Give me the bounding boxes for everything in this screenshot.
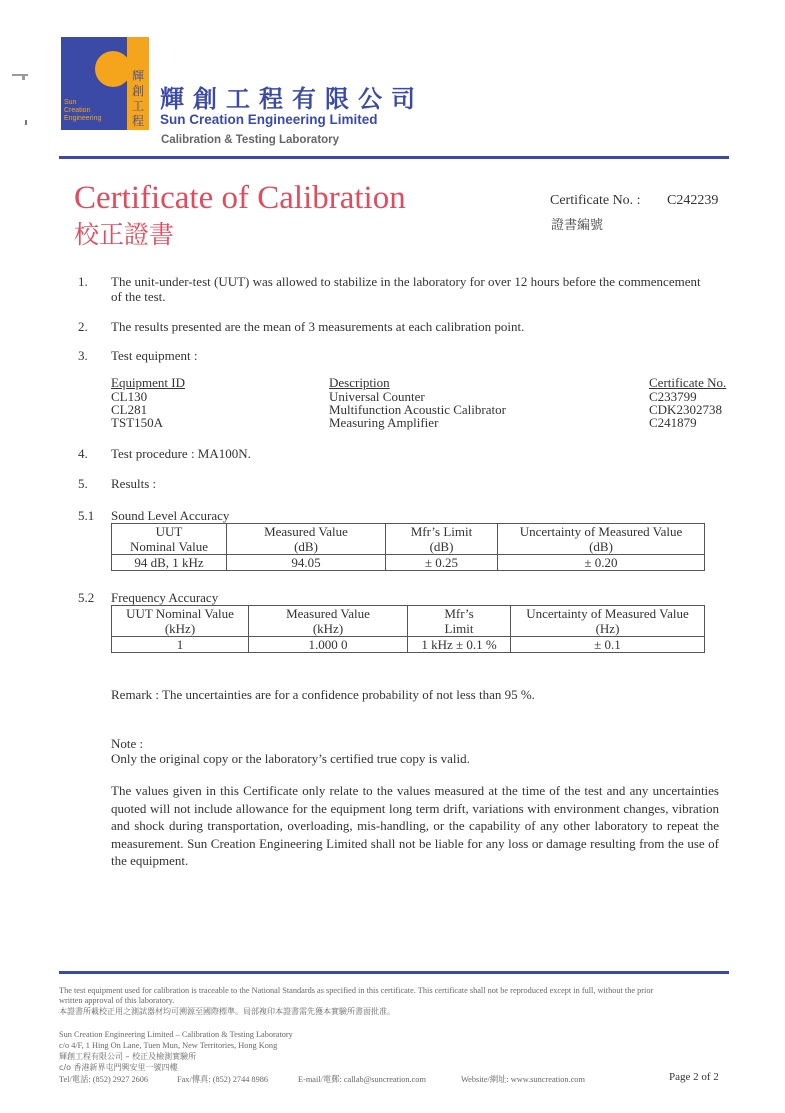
table-header-cell: Mfr’sLimit bbox=[408, 606, 511, 637]
table-header-row: UUTNominal Value Measured Value(dB) Mfr’… bbox=[112, 524, 705, 555]
tel: Tel/電話: (852) 2927 2606 bbox=[59, 1074, 148, 1085]
item-number: 2. bbox=[78, 319, 88, 335]
disclaimer: The values given in this Certificate onl… bbox=[111, 782, 719, 870]
certificate-no: C242239 bbox=[667, 193, 718, 209]
item-number: 4. bbox=[78, 446, 88, 462]
table-header-cell: Measured Value(dB) bbox=[227, 524, 386, 555]
scan-mark bbox=[22, 76, 25, 80]
note-text: Only the original copy or the laboratory… bbox=[111, 751, 470, 766]
company-name-zh: 輝創工程有限公司 bbox=[160, 79, 424, 114]
table-header-cell: Uncertainty of Measured Value(Hz) bbox=[511, 606, 705, 637]
frequency-table: UUT Nominal Value(kHz) Measured Value(kH… bbox=[111, 605, 705, 653]
note-label: Note : bbox=[111, 736, 143, 751]
table-cell: ± 0.1 bbox=[511, 637, 705, 653]
description-header: Description bbox=[329, 375, 506, 390]
table-cell: 94 dB, 1 kHz bbox=[112, 555, 227, 571]
logo-char: 工 bbox=[129, 99, 147, 114]
table-header-row: UUT Nominal Value(kHz) Measured Value(kH… bbox=[112, 606, 705, 637]
certificate-title-en: Certificate of Calibration bbox=[74, 180, 406, 217]
item-line: The unit-under-test (UUT) was allowed to… bbox=[111, 274, 731, 289]
item-text: Test equipment : bbox=[111, 348, 197, 363]
logo-chinese-text: 輝 創 工 程 bbox=[129, 69, 147, 129]
header-divider bbox=[59, 156, 729, 159]
traceability-text: written approval of this laboratory. bbox=[59, 995, 174, 1006]
logo-char: 輝 bbox=[129, 69, 147, 84]
certificate-no-label-zh: 證書編號 bbox=[551, 214, 603, 233]
equipment-id: TST150A bbox=[111, 416, 185, 429]
lab-name: Calibration & Testing Laboratory bbox=[161, 134, 339, 146]
company-name-en: Sun Creation Engineering Limited bbox=[160, 112, 378, 127]
footer-divider bbox=[59, 971, 729, 974]
address-block: Sun Creation Engineering Limited – Calib… bbox=[59, 1029, 293, 1073]
logo-char: 創 bbox=[129, 84, 147, 99]
equipment-cert-column: Certificate No. C233799 CDK2302738 C2418… bbox=[649, 375, 726, 429]
address-line: c/o 4/F, 1 Hing On Lane, Tuen Mun, New T… bbox=[59, 1040, 293, 1051]
page-number: Page 2 of 2 bbox=[669, 1071, 719, 1083]
table-cell: ± 0.20 bbox=[498, 555, 705, 571]
address-line: c/o 香港新界屯門興安里一號四樓 bbox=[59, 1062, 293, 1073]
section-title: Sound Level Accuracy bbox=[111, 508, 229, 523]
item-number: 5. bbox=[78, 476, 88, 492]
table-cell: ± 0.25 bbox=[386, 555, 498, 571]
table-header-cell: UUT Nominal Value(kHz) bbox=[112, 606, 249, 637]
table-cell: 1.000 0 bbox=[249, 637, 408, 653]
item-text: Results : bbox=[111, 476, 156, 491]
section-number: 5.2 bbox=[78, 590, 94, 606]
table-row: 94 dB, 1 kHz 94.05 ± 0.25 ± 0.20 bbox=[112, 555, 705, 571]
email[interactable]: E-mail/電郵: callab@suncreation.com bbox=[298, 1074, 426, 1085]
website[interactable]: Website/網址: www.suncreation.com bbox=[461, 1074, 585, 1085]
table-cell: 1 kHz ± 0.1 % bbox=[408, 637, 511, 653]
logo-char: 程 bbox=[129, 114, 147, 129]
equipment-id-header: Equipment ID bbox=[111, 375, 185, 390]
table-row: 1 1.000 0 1 kHz ± 0.1 % ± 0.1 bbox=[112, 637, 705, 653]
table-cell: 94.05 bbox=[227, 555, 386, 571]
table-header-cell: Mfr’s Limit(dB) bbox=[386, 524, 498, 555]
scan-mark bbox=[25, 120, 27, 125]
equipment-id-column: Equipment ID CL130 CL281 TST150A bbox=[111, 375, 185, 429]
address-line: 輝創工程有限公司 – 校正及檢測實驗所 bbox=[59, 1051, 293, 1062]
company-logo: Sun Creation Engineering 輝 創 工 程 bbox=[61, 37, 149, 130]
item-line: of the test. bbox=[111, 289, 731, 304]
address-line: Sun Creation Engineering Limited – Calib… bbox=[59, 1029, 293, 1040]
table-cell: 1 bbox=[112, 637, 249, 653]
section-title: Frequency Accuracy bbox=[111, 590, 218, 605]
certificate-title-zh: 校正證書 bbox=[74, 215, 174, 251]
remark: Remark : The uncertainties are for a con… bbox=[111, 687, 535, 702]
item-number: 3. bbox=[78, 348, 88, 364]
logo-line: Creation bbox=[64, 107, 101, 115]
item-text: Test procedure : MA100N. bbox=[111, 446, 251, 461]
table-header-cell: Uncertainty of Measured Value(dB) bbox=[498, 524, 705, 555]
traceability-text-zh: 本證書所載校正用之測試器材均可溯源至國際標準。局部複印本證書需先獲本實驗所書面批… bbox=[59, 1006, 395, 1017]
equipment-description-column: Description Universal Counter Multifunct… bbox=[329, 375, 506, 429]
fax: Fax/傳真: (852) 2744 8986 bbox=[177, 1074, 268, 1085]
equipment-description: Measuring Amplifier bbox=[329, 416, 506, 429]
item-text: The unit-under-test (UUT) was allowed to… bbox=[111, 274, 731, 304]
cert-no-header: Certificate No. bbox=[649, 375, 726, 390]
logo-line: Engineering bbox=[64, 115, 101, 123]
logo-english-text: Sun Creation Engineering bbox=[64, 99, 101, 123]
sound-level-table: UUTNominal Value Measured Value(dB) Mfr’… bbox=[111, 523, 705, 571]
item-number: 1. bbox=[78, 274, 88, 290]
item-text: The results presented are the mean of 3 … bbox=[111, 319, 524, 334]
section-number: 5.1 bbox=[78, 508, 94, 524]
table-header-cell: Measured Value(kHz) bbox=[249, 606, 408, 637]
sun-icon bbox=[95, 51, 131, 87]
scan-mark bbox=[12, 74, 28, 76]
table-header-cell: UUTNominal Value bbox=[112, 524, 227, 555]
equipment-cert-no: C241879 bbox=[649, 416, 726, 429]
certificate-no-label: Certificate No. : bbox=[550, 193, 641, 209]
logo-line: Sun bbox=[64, 99, 101, 107]
